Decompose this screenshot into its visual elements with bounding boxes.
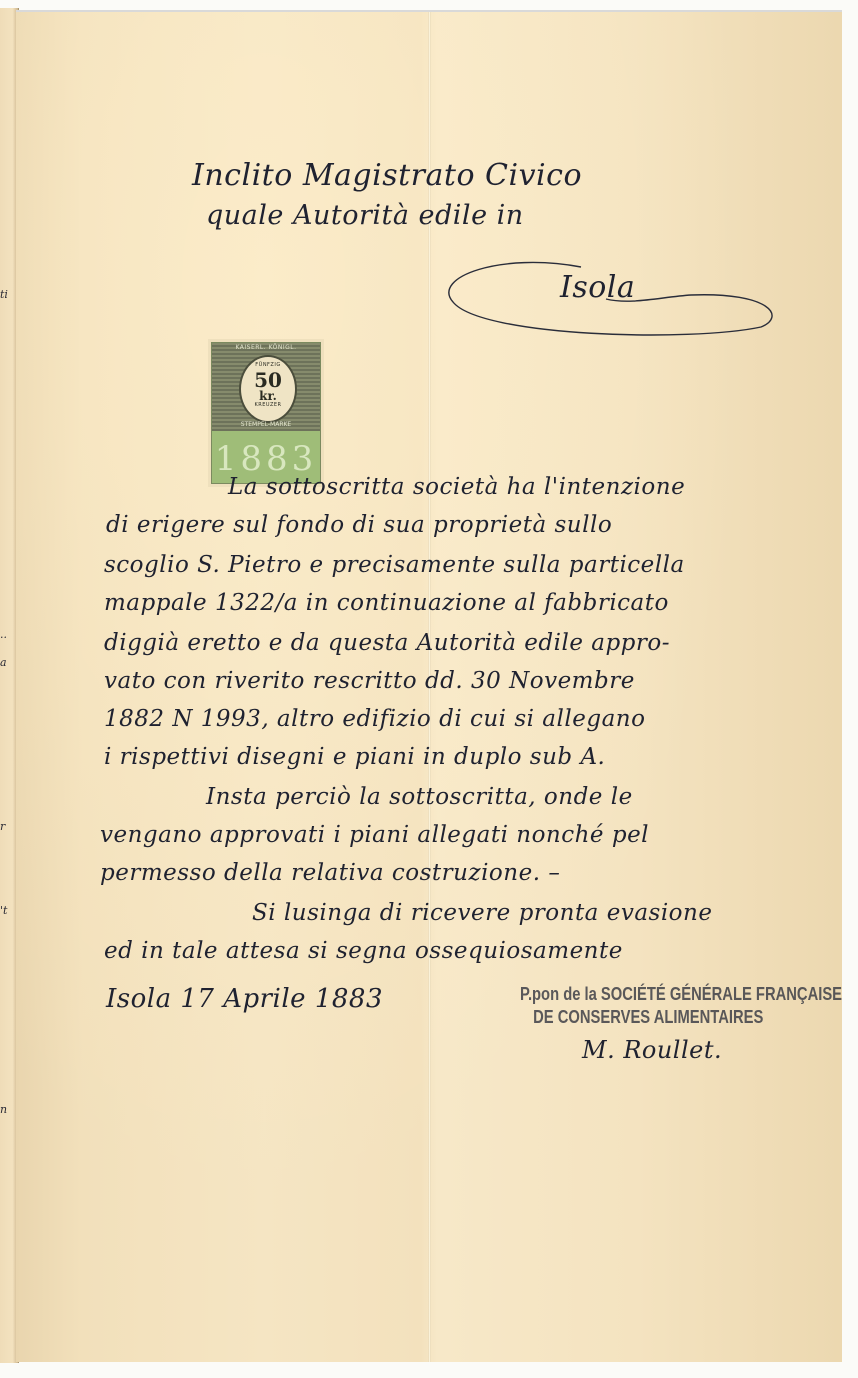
body-line: diggià eretto e da questa Autorità edile… [104,630,670,656]
stamp-year-overprint: 1883 [212,439,320,479]
stamp-value: 50 [241,370,295,390]
back-page-fragment: .. [0,628,7,641]
stamp-unit: kr. [241,390,295,402]
signature: M. Roullet. [582,1036,722,1064]
body-line: mappale 1322/a in continuazione al fabbr… [104,590,669,616]
salutation-line-2: quale Autorità edile in [206,200,524,231]
letter-page: Inclito Magistrato Civico quale Autorità… [16,12,842,1362]
body-line: vato con riverito rescritto dd. 30 Novem… [104,668,635,694]
body-line: vengano approvati i piani allegati nonch… [100,822,649,848]
body-line: ed in tale attesa si segna ossequiosamen… [104,938,623,964]
company-rubber-stamp: P.pon de la SOCIÉTÉ GÉNÉRALE FRANÇAISE D… [520,984,733,1028]
stamp-unit-words: KREUZER [241,402,295,408]
body-line: 1882 N 1993, altro edifizio di cui si al… [104,706,645,732]
body-line: permesso della relativa costruzione. – [100,860,560,886]
back-page-fragment: 't [0,904,7,917]
body-line: Si lusinga di ricevere pronta evasione [252,900,712,926]
stamp-company-line-2: DE CONSERVES ALIMENTAIRES [520,1007,733,1028]
back-page-fragment: a [0,656,7,669]
body-line: Insta perciò la sottoscritta, onde le [206,784,633,810]
salutation-line-1: Inclito Magistrato Civico [192,158,582,193]
revenue-stamp: KAISERL. KÖNIGL. FÜNFZIG 50 kr. KREUZER … [211,342,321,484]
back-page-fragment: n [0,1103,7,1116]
back-page-fragment: ti [0,288,8,301]
body-line: i rispettivi disegni e piani in duplo su… [104,744,605,770]
place-and-date: Isola 17 Aprile 1883 [106,984,383,1014]
body-line: di erigere sul fondo di sua proprietà su… [106,512,612,538]
back-page-fragment: r [0,820,5,833]
body-line: La sottoscritta società ha l'intenzione [228,474,685,500]
stamp-denomination-circle: FÜNFZIG 50 kr. KREUZER [239,355,297,423]
body-line: scoglio S. Pietro e precisamente sulla p… [104,552,685,578]
stamp-header: KAISERL. KÖNIGL. [212,344,320,351]
stamp-label: STEMPEL-MARKE [212,421,320,428]
stamp-company-line-1: P.pon de la SOCIÉTÉ GÉNÉRALE FRANÇAISE [520,984,733,1005]
addressee-place: Isola [560,270,635,305]
